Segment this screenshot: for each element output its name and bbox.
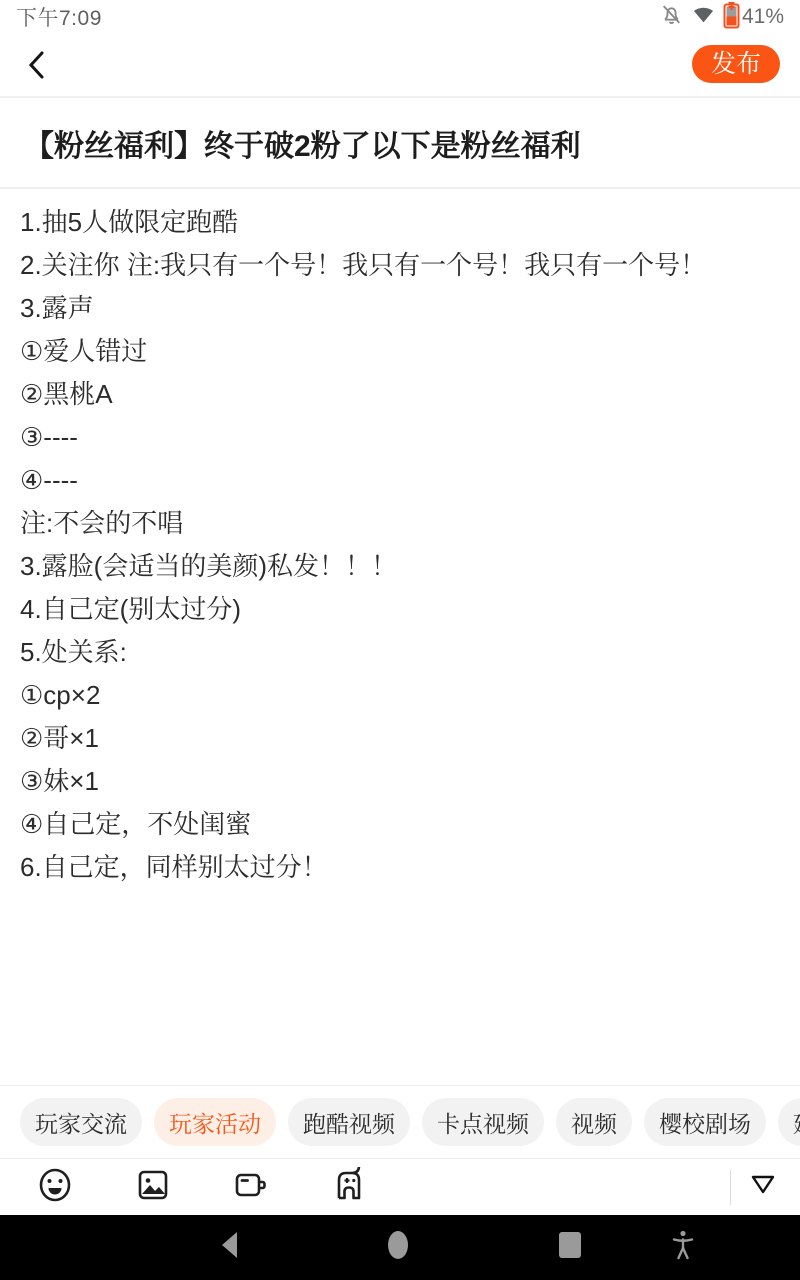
android-nav-bar xyxy=(0,1215,800,1280)
tag-jianzhu[interactable]: 建筑 xyxy=(778,1098,800,1146)
triangle-down-icon xyxy=(750,1174,776,1201)
chevron-left-icon xyxy=(26,49,50,86)
android-recents-button[interactable] xyxy=(552,1229,588,1265)
publish-button[interactable]: 发布 xyxy=(692,45,780,83)
back-button[interactable] xyxy=(18,47,58,87)
post-body-input[interactable]: 1.抽5人做限定跑酷 2.关注你 注:我只有一个号！我只有一个号！我只有一个号！… xyxy=(0,189,800,1085)
video-button[interactable] xyxy=(233,1170,269,1206)
game-button[interactable] xyxy=(331,1170,367,1206)
battery-percent-text: 41% xyxy=(742,5,784,29)
tag-wanjia-huodong[interactable]: 玩家活动 xyxy=(154,1098,276,1146)
tag-yingxiao-juchang[interactable]: 樱校剧场 xyxy=(644,1098,766,1146)
accessibility-icon xyxy=(670,1229,696,1266)
category-tags-row: 玩家交流 玩家活动 跑酷视频 卡点视频 视频 樱校剧场 建筑 xyxy=(0,1085,800,1158)
image-icon xyxy=(136,1168,170,1207)
gamepad-icon xyxy=(332,1167,366,1208)
android-home-button[interactable] xyxy=(380,1229,416,1265)
back-icon xyxy=(221,1231,239,1264)
emoji-button[interactable] xyxy=(37,1170,73,1206)
android-back-button[interactable] xyxy=(212,1229,248,1265)
home-icon xyxy=(386,1230,410,1265)
tag-kadian-shipin[interactable]: 卡点视频 xyxy=(422,1098,544,1146)
status-icons xyxy=(659,1,740,34)
tag-shipin[interactable]: 视频 xyxy=(556,1098,632,1146)
compose-post-screen: 下午7:09 xyxy=(0,0,800,1280)
header-bar: 发布 xyxy=(0,34,800,96)
status-bar: 下午7:09 xyxy=(0,0,800,34)
tag-wanjia-jiaoliu[interactable]: 玩家交流 xyxy=(20,1098,142,1146)
editor-toolbar xyxy=(0,1158,800,1215)
video-icon xyxy=(233,1168,269,1207)
image-button[interactable] xyxy=(135,1170,171,1206)
notifications-off-icon xyxy=(659,2,684,32)
toolbar-icons xyxy=(37,1159,367,1216)
wifi-icon xyxy=(691,2,716,32)
clock-text: 下午7:09 xyxy=(16,2,102,32)
toolbar-divider xyxy=(730,1170,731,1205)
tag-paoku-shipin[interactable]: 跑酷视频 xyxy=(288,1098,410,1146)
collapse-toolbar-button[interactable] xyxy=(745,1169,781,1205)
recents-icon xyxy=(558,1231,582,1264)
emoji-icon xyxy=(38,1167,72,1208)
post-title-input[interactable]: 【粉丝福利】终于破2粉了以下是粉丝福利 xyxy=(0,98,800,187)
android-accessibility-button[interactable] xyxy=(665,1229,701,1265)
battery-saver-icon xyxy=(723,1,740,34)
post-title-text: 【粉丝福利】终于破2粉了以下是粉丝福利 xyxy=(24,121,581,165)
